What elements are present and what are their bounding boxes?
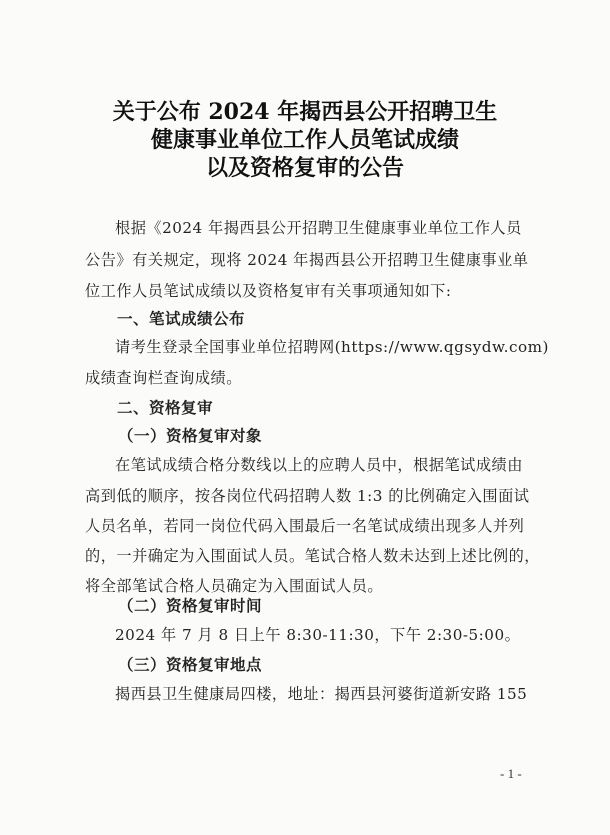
subsection-3-line-1: 揭西县卫生健康局四楼，地址：揭西县河婆街道新安路 155 [115,684,575,704]
subsection-2-line-1: 2024 年 7 月 8 日上午 8:30-11:30，下午 2:30-5:00… [115,625,575,645]
document-title-line-2: 健康事业单位工作人员笔试成绩 [0,126,610,154]
subsection-1-heading: （一）资格复审对象 [118,426,578,446]
intro-line-2: 公告》有关规定，现将 2024 年揭西县公开招聘卫生健康事业单 [85,250,545,270]
subsection-3-heading: （三）资格复审地点 [118,655,578,675]
section-1-heading: 一、笔试成绩公布 [117,309,577,329]
subsection-2-heading: （二）资格复审时间 [118,596,578,616]
subsection-1-line-2: 高到低的顺序，按各岗位代码招聘人数 1:3 的比例确定入围面试 [85,486,545,506]
page-number: - 1 - [500,766,522,782]
subsection-1-line-5: 将全部笔试合格人员确定为入围面试人员。 [85,576,545,596]
section-1-line-2: 成绩查询栏查询成绩。 [85,368,545,388]
document-title-line-1: 关于公布 2024 年揭西县公开招聘卫生 [0,98,610,126]
subsection-1-line-1: 在笔试成绩合格分数线以上的应聘人员中，根据笔试成绩由 [115,455,575,475]
intro-line-1: 根据《2024 年揭西县公开招聘卫生健康事业单位工作人员 [115,218,575,238]
subsection-1-line-3: 人员名单，若同一岗位代码入围最后一名笔试成绩出现多人并列 [85,516,545,536]
intro-line-3: 位工作人员笔试成绩以及资格复审有关事项通知如下: [85,281,545,301]
section-1-line-1: 请考生登录全国事业单位招聘网(https://www.qgsydw.com) [115,337,575,357]
document-title-line-3: 以及资格复审的公告 [0,154,610,182]
section-2-heading: 二、资格复审 [117,398,577,418]
subsection-1-line-4: 的，一并确定为入围面试人员。笔试合格人数未达到上述比例的， [85,546,545,566]
